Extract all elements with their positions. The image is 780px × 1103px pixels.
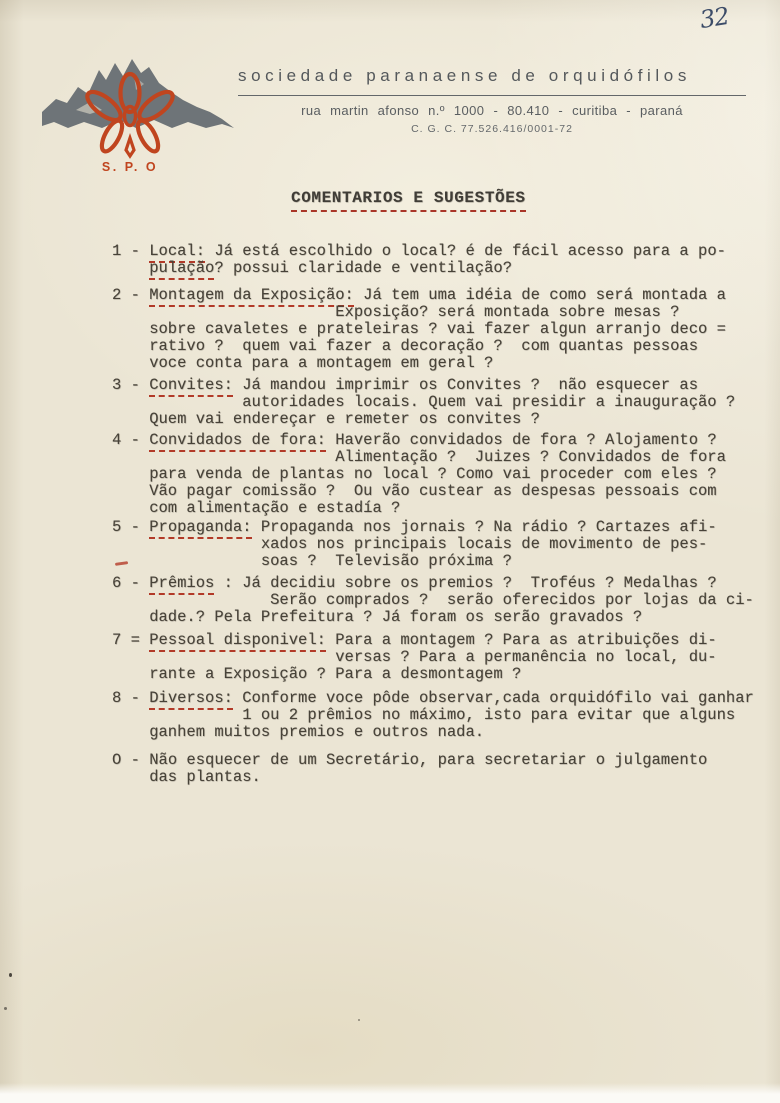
item-line: ganhem muitos premios e outros nada. xyxy=(112,724,780,741)
item-text: Já está escolhido o local? é de fácil ac… xyxy=(205,242,726,260)
item-line: 7 = Pessoal disponivel: Para a montagem … xyxy=(112,632,780,649)
paper-speck xyxy=(358,1019,360,1021)
item-number: O - xyxy=(112,751,149,769)
item-number: 5 - xyxy=(112,518,149,536)
item-line: rativo ? quem vai fazer a decoração ? co… xyxy=(112,338,780,355)
item-text: ? possui claridade e ventilação? xyxy=(214,259,512,277)
item-line: 5 - Propaganda: Propaganda nos jornais ?… xyxy=(112,519,780,536)
handwritten-page-number: 32 xyxy=(698,2,731,34)
item-text: Já mandou imprimir os Convites ? não esq… xyxy=(233,376,698,394)
item-line: pulação? possui claridade e ventilação? xyxy=(112,260,780,277)
item-line: rante a Exposição ? Para a desmontagem ? xyxy=(112,666,780,683)
document-title: COMENTARIOS E SUGESTÕES xyxy=(291,189,526,212)
mountain-orchid-icon: S. P. O xyxy=(36,40,246,175)
item-text: : Já decidiu sobre os premios ? Troféus … xyxy=(214,574,716,592)
item-line: das plantas. xyxy=(112,769,780,786)
scan-edge-strip xyxy=(0,1083,780,1103)
paper-speck xyxy=(4,1007,7,1010)
item-line: 8 - Diversos: Conforme voce pôde observa… xyxy=(112,690,780,707)
letterhead-cgc: C. G. C. 77.526.416/0001-72 xyxy=(238,123,746,135)
list-item-5: 5 - Propaganda: Propaganda nos jornais ?… xyxy=(112,519,780,570)
item-line: 6 - Prêmios : Já decidiu sobre os premio… xyxy=(112,575,780,592)
item-number: 4 - xyxy=(112,431,149,449)
item-line: Alimentação ? Juizes ? Convidados de for… xyxy=(112,449,780,466)
item-line: 2 - Montagem da Exposição: Já tem uma id… xyxy=(112,287,780,304)
item-text: Para a montagem ? Para as atribuições di… xyxy=(326,631,717,649)
list-item-1: 1 - Local: Já está escolhido o local? é … xyxy=(112,243,780,277)
item-line: 1 - Local: Já está escolhido o local? é … xyxy=(112,243,780,260)
item-line: xados nos principais locais de movimento… xyxy=(112,536,780,553)
item-line: Vão pagar comissão ? Ou vão custear as d… xyxy=(112,483,780,500)
list-item-7: 7 = Pessoal disponivel: Para a montagem … xyxy=(112,632,780,683)
spo-logo: S. P. O xyxy=(36,40,246,180)
item-line: com alimentação e estadía ? xyxy=(112,500,780,517)
logo-caption: S. P. O xyxy=(102,160,158,174)
item-line: Quem vai endereçar e remeter os convites… xyxy=(112,411,780,428)
item-line: 3 - Convites: Já mandou imprimir os Conv… xyxy=(112,377,780,394)
paper-speck xyxy=(9,973,12,977)
item-text: Conforme voce pôde observar,cada orquidó… xyxy=(233,689,754,707)
item-text: Haverão convidados de fora ? Alojamento … xyxy=(326,431,717,449)
item-text: Propaganda nos jornais ? Na rádio ? Cart… xyxy=(252,518,717,536)
item-line: 4 - Convidados de fora: Haverão convidad… xyxy=(112,432,780,449)
item-line: O - Não esquecer de um Secretário, para … xyxy=(112,752,780,769)
item-line: para venda de plantas no local ? Como va… xyxy=(112,466,780,483)
item-line: 1 ou 2 prêmios no máximo, isto para evit… xyxy=(112,707,780,724)
scanned-letter-page: 32 S. P. O sociedade paranaense de orqui… xyxy=(0,0,780,1103)
item-line: soas ? Televisão próxima ? xyxy=(112,553,780,570)
item-text: Não esquecer de um Secretário, para secr… xyxy=(149,751,707,769)
item-indent xyxy=(112,259,149,277)
item-number: 8 - xyxy=(112,689,149,707)
item-number: 1 - xyxy=(112,242,149,260)
list-item-3: 3 - Convites: Já mandou imprimir os Conv… xyxy=(112,377,780,428)
item-line: voce conta para a montagem em geral ? xyxy=(112,355,780,372)
underlined-word: pulação xyxy=(149,259,214,280)
item-text: Já tem uma idéia de como será montada a xyxy=(354,286,726,304)
item-number: 7 = xyxy=(112,631,149,649)
list-item-8: 8 - Diversos: Conforme voce pôde observa… xyxy=(112,690,780,741)
item-line: autoridades locais. Quem vai presidir a … xyxy=(112,394,780,411)
letterhead-address: rua martin afonso n.º 1000 - 80.410 - cu… xyxy=(238,103,746,118)
item-line: Serão comprados ? serão oferecidos por l… xyxy=(112,592,780,609)
item-number: 2 - xyxy=(112,286,149,304)
item-line: sobre cavaletes e prateleiras ? vai faze… xyxy=(112,321,780,338)
item-line: Exposição? será montada sobre mesas ? xyxy=(112,304,780,321)
list-item-6: 6 - Prêmios : Já decidiu sobre os premio… xyxy=(112,575,780,626)
list-item-2: 2 - Montagem da Exposição: Já tem uma id… xyxy=(112,287,780,372)
letterhead-org-name: sociedade paranaense de orquidófilos xyxy=(238,66,746,96)
list-item-o: O - Não esquecer de um Secretário, para … xyxy=(112,752,780,786)
item-line: versas ? Para a permanência no local, du… xyxy=(112,649,780,666)
item-number: 3 - xyxy=(112,376,149,394)
item-number: 6 - xyxy=(112,574,149,592)
list-item-4: 4 - Convidados de fora: Haverão convidad… xyxy=(112,432,780,517)
item-line: dade.? Pela Prefeitura ? Já foram os ser… xyxy=(112,609,780,626)
